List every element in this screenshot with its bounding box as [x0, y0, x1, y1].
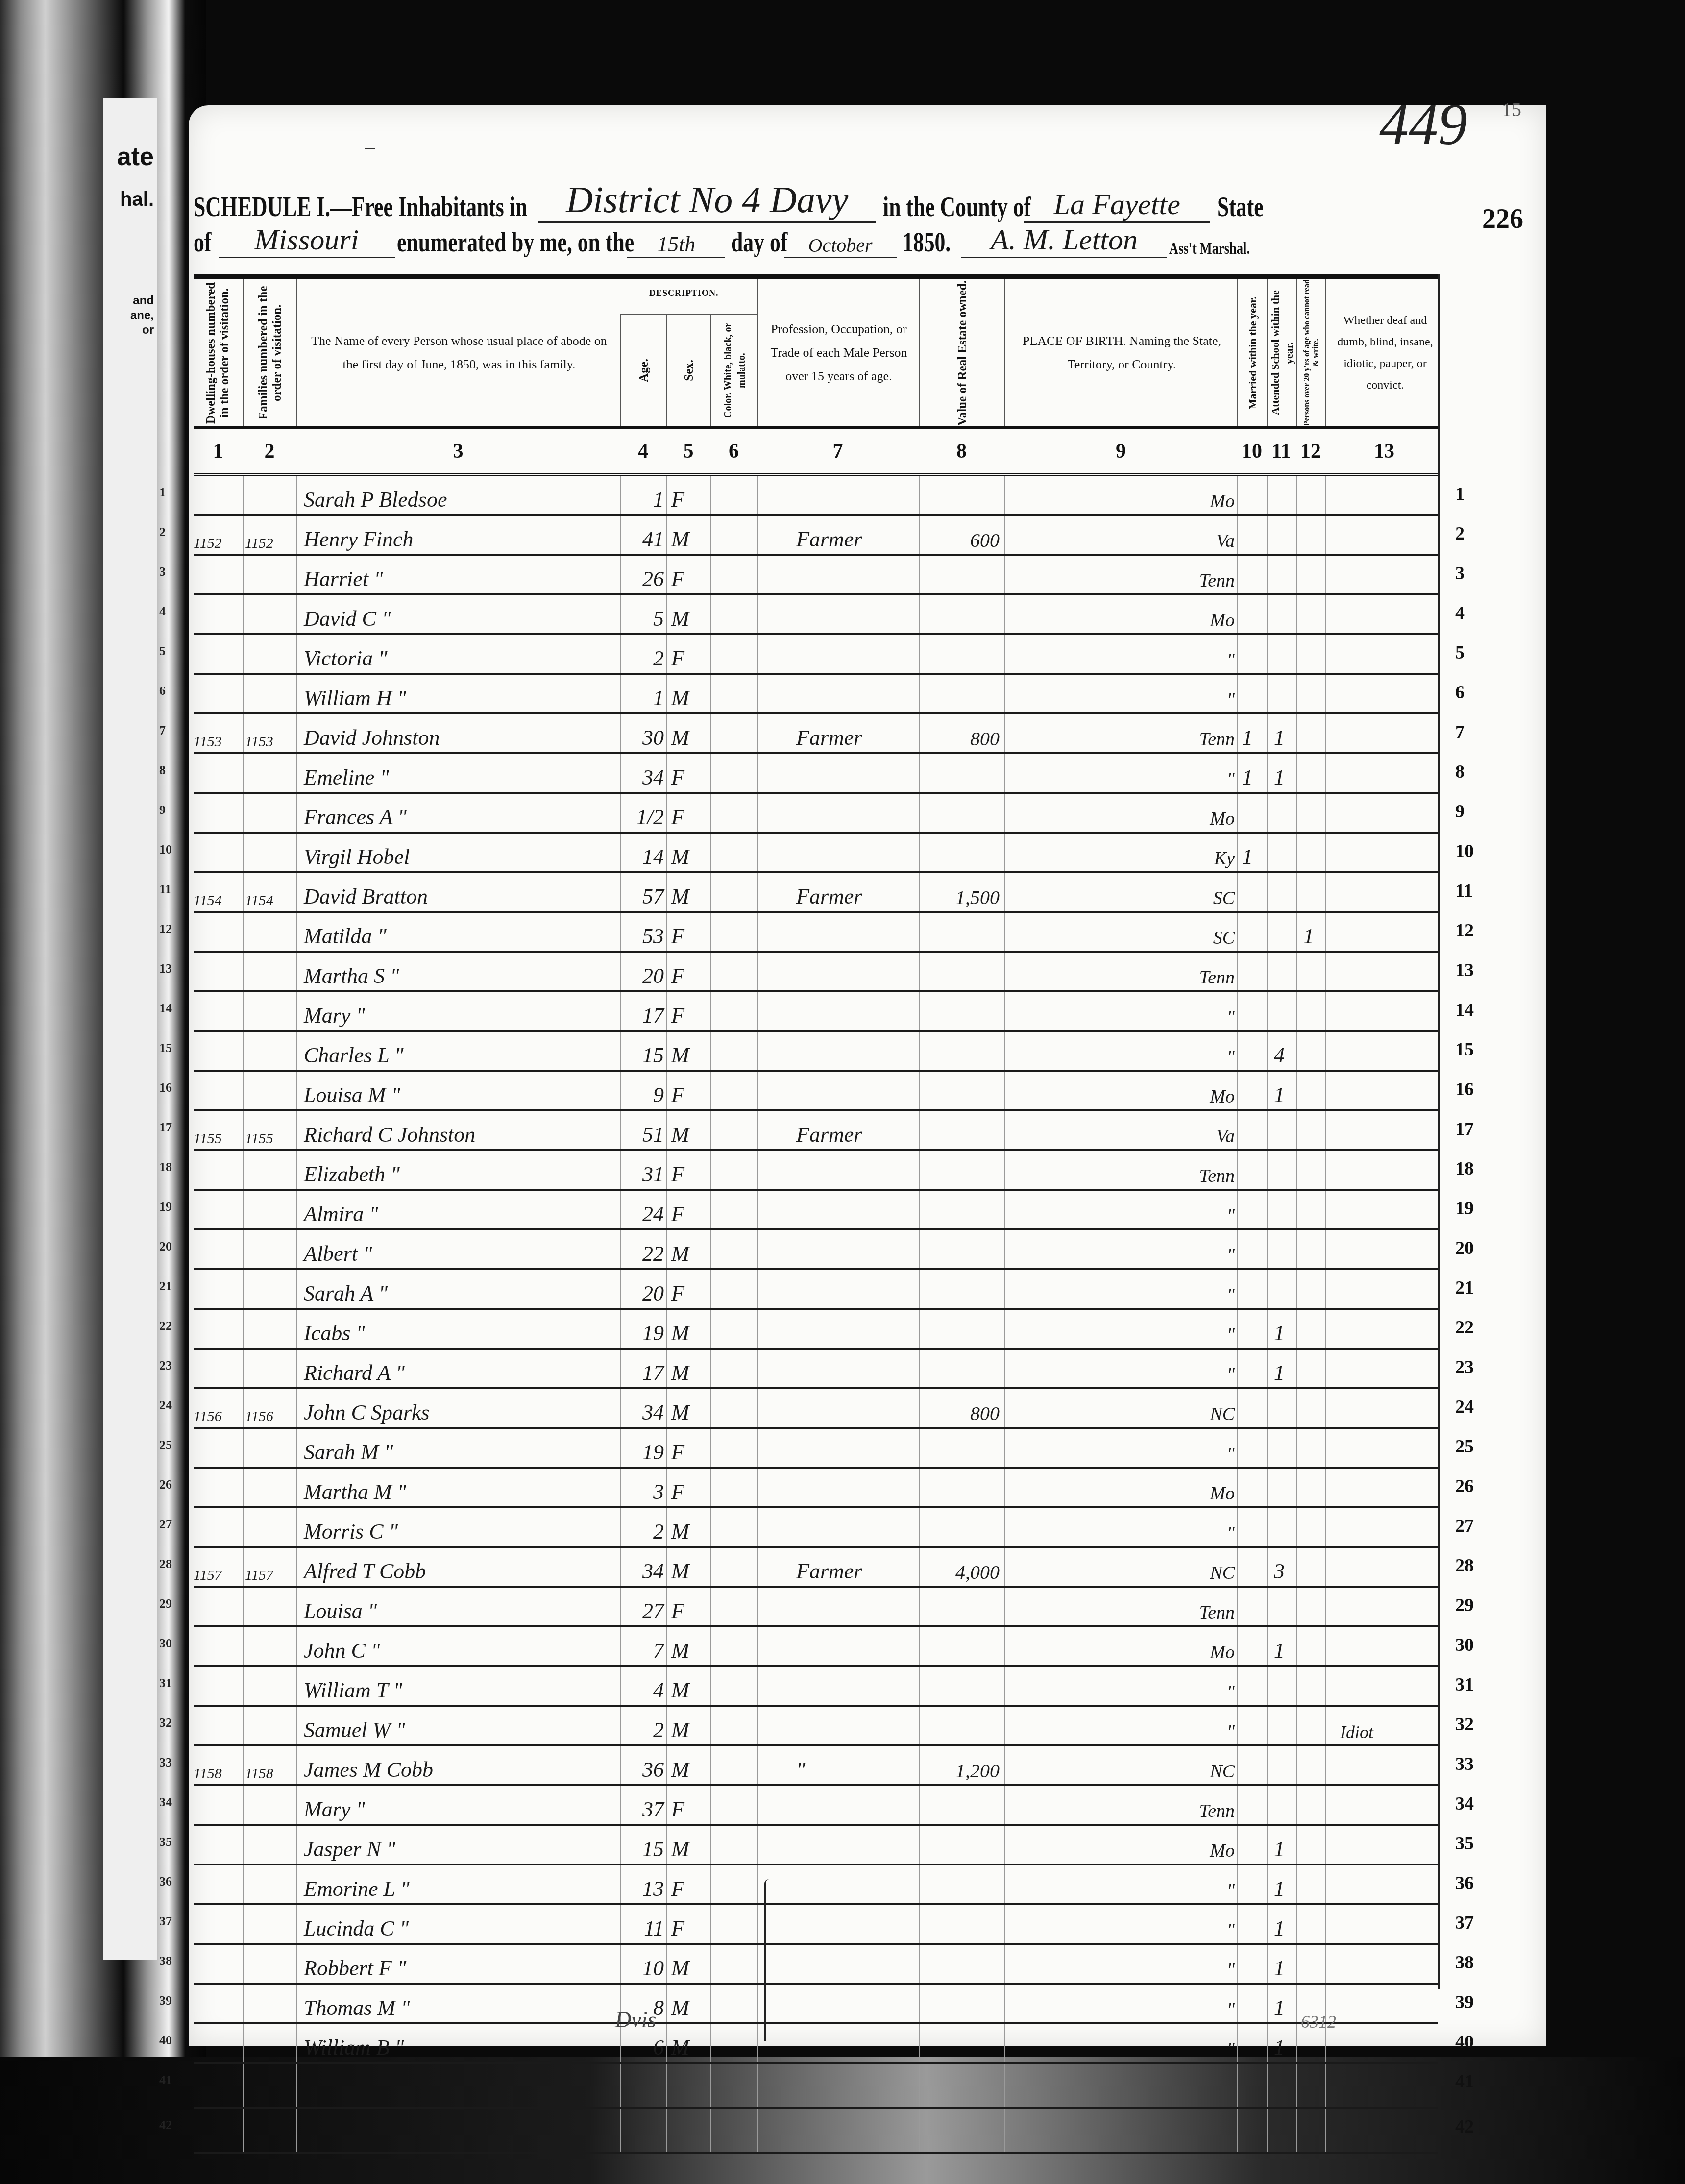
- married-within-year: 1: [1242, 844, 1253, 869]
- table-row: 9 Frances A " 1/2 F Mo 9: [194, 794, 1438, 834]
- birthplace: SC: [1151, 887, 1235, 909]
- table-row: 5 Victoria " 2 F " 5: [194, 635, 1438, 675]
- attended-school: 1: [1274, 1916, 1285, 1941]
- person-name: Harriet ": [304, 566, 383, 591]
- right-line-number: 42: [1455, 2116, 1474, 2137]
- right-line-number: 12: [1455, 920, 1474, 941]
- left-line-number: 37: [159, 1914, 172, 1929]
- right-line-number: 30: [1455, 1634, 1474, 1656]
- table-row: 30 John C " 7 M Mo 1 30: [194, 1627, 1438, 1667]
- person-name: William T ": [304, 1678, 402, 1703]
- real-estate-value: 1,200: [919, 1759, 1000, 1782]
- age: 1: [625, 487, 664, 512]
- right-line-number: 21: [1455, 1277, 1474, 1299]
- person-name: John C ": [304, 1638, 380, 1663]
- birthplace: NC: [1151, 1761, 1235, 1782]
- birthplace: ": [1151, 1046, 1235, 1068]
- header-col-13: Whether deaf and dumb, blind, insane, id…: [1325, 279, 1444, 426]
- sex: M: [671, 1400, 689, 1425]
- left-line-number: 19: [159, 1200, 172, 1214]
- left-line-number: 7: [159, 723, 166, 738]
- sex: M: [671, 1678, 689, 1703]
- sex: F: [671, 1598, 684, 1623]
- left-line-number: 4: [159, 604, 166, 619]
- left-line-number: 42: [159, 2118, 172, 2133]
- left-line-number: 21: [159, 1279, 172, 1294]
- table-row: 24 1156 1156 John C Sparks 34 M 800 NC 2…: [194, 1389, 1438, 1429]
- person-name: Elizabeth ": [304, 1162, 400, 1187]
- person-name: Louisa M ": [304, 1082, 400, 1107]
- person-name: John C Sparks: [304, 1400, 430, 1425]
- left-line-number: 5: [159, 644, 166, 659]
- age: 57: [625, 884, 664, 909]
- real-estate-value: 1,500: [919, 886, 1000, 909]
- census-table: Dwelling-houses numbered in the order of…: [194, 274, 1438, 2154]
- person-name: Mary ": [304, 1003, 365, 1028]
- right-line-number: 1: [1455, 483, 1465, 505]
- birthplace: ": [1151, 1522, 1235, 1544]
- dwelling-number: 1157: [194, 1567, 243, 1584]
- person-name: Jasper N ": [304, 1837, 395, 1862]
- sex: M: [671, 1956, 689, 1981]
- cannot-read-write: 1: [1303, 924, 1314, 949]
- header-col-1: Dwelling-houses numbered in the order of…: [194, 279, 243, 426]
- table-right-border: [1438, 274, 1440, 1989]
- table-row: 10 Virgil Hobel 14 M Ky 1 10: [194, 834, 1438, 873]
- age: 41: [625, 527, 664, 552]
- birthplace: Mo: [1151, 610, 1235, 631]
- table-row: 26 Martha M " 3 F Mo 26: [194, 1469, 1438, 1508]
- person-name: Martha M ": [304, 1479, 406, 1504]
- birthplace: Va: [1151, 1126, 1235, 1147]
- day-field: 15th: [627, 232, 725, 258]
- right-line-number: 33: [1455, 1753, 1474, 1775]
- table-row: 23 Richard A " 17 M " 1 23: [194, 1350, 1438, 1389]
- age: 51: [625, 1122, 664, 1147]
- person-name: Richard C Johnston: [304, 1122, 475, 1147]
- attended-school: 1: [1274, 1876, 1285, 1901]
- header-col-9: PLACE OF BIRTH. Naming the State, Territ…: [1004, 279, 1238, 426]
- table-row: 42 42: [194, 2109, 1438, 2154]
- table-row: 11 1154 1154 David Bratton 57 M Farmer 1…: [194, 873, 1438, 913]
- sex: M: [671, 1718, 689, 1742]
- age: 10: [625, 1956, 664, 1981]
- condition: Idiot: [1340, 1722, 1373, 1742]
- right-line-number: 31: [1455, 1674, 1474, 1695]
- age: 22: [625, 1241, 664, 1266]
- left-line-number: 23: [159, 1358, 172, 1373]
- person-name: Martha S ": [304, 963, 399, 988]
- sex: M: [671, 1638, 689, 1663]
- sex: M: [671, 1122, 689, 1147]
- real-estate-value: 800: [919, 727, 1000, 750]
- table-row: 20 Albert " 22 M " 20: [194, 1230, 1438, 1270]
- schedule-label: SCHEDULE I.—Free Inhabitants in: [194, 192, 527, 223]
- birthplace: NC: [1151, 1562, 1235, 1584]
- birthplace: Ky: [1151, 848, 1235, 869]
- birthplace: ": [1151, 1006, 1235, 1028]
- table-row: 28 1157 1157 Alfred T Cobb 34 M Farmer 4…: [194, 1548, 1438, 1588]
- table-row: 36 Emorine L " 13 F " 1 36: [194, 1865, 1438, 1905]
- table-row: 7 1153 1153 David Johnston 30 M Farmer 8…: [194, 714, 1438, 754]
- age: 53: [625, 924, 664, 949]
- attended-school: 1: [1274, 1360, 1285, 1385]
- district-field: District No 4 Davy: [538, 179, 876, 223]
- age: 1: [625, 686, 664, 711]
- married-within-year: 1: [1242, 725, 1253, 750]
- left-line-number: 27: [159, 1517, 172, 1532]
- right-line-number: 22: [1455, 1317, 1474, 1338]
- person-name: Icabs ": [304, 1321, 365, 1346]
- family-number: 1158: [245, 1766, 294, 1782]
- left-line-number: 11: [159, 882, 171, 897]
- right-line-number: 2: [1455, 523, 1465, 544]
- table-row: 12 Matilda " 53 F SC 1 12: [194, 913, 1438, 953]
- right-line-number: 28: [1455, 1555, 1474, 1576]
- right-line-number: 7: [1455, 721, 1465, 743]
- birthplace: ": [1151, 2038, 1235, 2060]
- birthplace: ": [1151, 1205, 1235, 1227]
- table-row: 34 Mary " 37 F Tenn 34: [194, 1786, 1438, 1826]
- right-line-number: 23: [1455, 1356, 1474, 1378]
- left-line-number: 8: [159, 763, 166, 778]
- person-name: Virgil Hobel: [304, 844, 410, 869]
- family-number: 1153: [245, 734, 294, 750]
- left-line-number: 29: [159, 1596, 172, 1611]
- person-name: David Bratton: [304, 884, 428, 909]
- table-row: 8 Emeline " 34 F " 1 1 8: [194, 754, 1438, 794]
- birthplace: ": [1151, 1443, 1235, 1465]
- birthplace: NC: [1151, 1403, 1235, 1425]
- month-field: October: [784, 234, 897, 258]
- person-name: Almira ": [304, 1202, 378, 1227]
- person-name: Samuel W ": [304, 1718, 405, 1742]
- age: 19: [625, 1321, 664, 1346]
- table-row: 25 Sarah M " 19 F " 25: [194, 1429, 1438, 1469]
- dwelling-number: 1156: [194, 1408, 243, 1425]
- age: 34: [625, 1400, 664, 1425]
- right-line-number: 3: [1455, 563, 1465, 584]
- attended-school: 1: [1274, 1082, 1285, 1107]
- person-name: Victoria ": [304, 646, 387, 671]
- right-line-number: 41: [1455, 2071, 1474, 2092]
- sex: M: [671, 1757, 689, 1782]
- age: 11: [625, 1916, 664, 1941]
- table-row: 40 William B " 6 M " 1 40: [194, 2024, 1438, 2064]
- sex: F: [671, 646, 684, 671]
- age: 4: [625, 1678, 664, 1703]
- person-name: Emeline ": [304, 765, 389, 790]
- real-estate-value: 4,000: [919, 1561, 1000, 1584]
- right-line-number: 19: [1455, 1198, 1474, 1219]
- left-line-number: 3: [159, 564, 166, 579]
- person-name: William H ": [304, 686, 406, 711]
- attended-school: 1: [1274, 1321, 1285, 1346]
- age: 2: [625, 1519, 664, 1544]
- attended-school: 4: [1274, 1043, 1285, 1068]
- age: 36: [625, 1757, 664, 1782]
- stamped-page-number-small: 15: [1502, 98, 1521, 121]
- age: 2: [625, 646, 664, 671]
- right-line-number: 18: [1455, 1158, 1474, 1179]
- person-name: Richard A ": [304, 1360, 405, 1385]
- sex: F: [671, 566, 684, 591]
- left-line-number: 31: [159, 1676, 172, 1691]
- age: 3: [625, 1479, 664, 1504]
- left-line-number: 34: [159, 1795, 172, 1810]
- dwelling-number: 1158: [194, 1766, 243, 1782]
- birthplace: ": [1151, 1245, 1235, 1266]
- dwelling-number: 1153: [194, 734, 243, 750]
- age: 14: [625, 844, 664, 869]
- right-line-number: 10: [1455, 840, 1474, 862]
- birthplace: Tenn: [1151, 729, 1235, 750]
- county-field: La Fayette: [1024, 188, 1210, 223]
- header-col-4: Age.: [620, 314, 667, 426]
- birthplace: ": [1151, 1284, 1235, 1306]
- table-row: 16 Louisa M " 9 F Mo 1 16: [194, 1072, 1438, 1111]
- table-row: 18 Elizabeth " 31 F Tenn 18: [194, 1151, 1438, 1191]
- occupation: ": [796, 1757, 805, 1782]
- person-name: Matilda ": [304, 924, 387, 949]
- family-number: 1152: [245, 535, 294, 552]
- right-line-number: 39: [1455, 1991, 1474, 2013]
- table-row: 32 Samuel W " 2 M " Idiot 32: [194, 1707, 1438, 1746]
- pencil-mark: –: [365, 135, 375, 158]
- birthplace: Tenn: [1151, 570, 1235, 591]
- sex: F: [671, 1797, 684, 1822]
- age: 9: [625, 1082, 664, 1107]
- birthplace: Mo: [1151, 491, 1235, 512]
- right-line-number: 38: [1455, 1952, 1474, 1973]
- day-of-label: day of: [731, 227, 787, 258]
- header-col-3: The Name of every Person whose usual pla…: [296, 279, 621, 426]
- table-row: 19 Almira " 24 F " 19: [194, 1191, 1438, 1230]
- left-line-number: 30: [159, 1636, 172, 1651]
- table-row: 41 41: [194, 2064, 1438, 2109]
- fragment-text: or: [142, 323, 154, 337]
- state-field: Missouri: [219, 223, 395, 258]
- left-line-number: 6: [159, 684, 166, 698]
- left-line-number: 12: [159, 922, 172, 936]
- right-line-number: 17: [1455, 1118, 1474, 1140]
- sex: M: [671, 1241, 689, 1266]
- left-line-number: 38: [159, 1954, 172, 1968]
- ink-bracket-mark: [764, 1879, 769, 2041]
- birthplace: Tenn: [1151, 1602, 1235, 1623]
- age: 13: [625, 1876, 664, 1901]
- age: 15: [625, 1043, 664, 1068]
- left-line-number: 1: [159, 485, 166, 500]
- marshal-label: Ass't Marshal.: [1169, 240, 1250, 258]
- of-label: of: [194, 227, 211, 258]
- attended-school: 3: [1274, 1559, 1285, 1584]
- table-row: 29 Louisa " 27 F Tenn 29: [194, 1588, 1438, 1627]
- left-line-number: 35: [159, 1835, 172, 1849]
- right-line-number: 13: [1455, 959, 1474, 981]
- birthplace: ": [1151, 1721, 1235, 1742]
- occupation: Farmer: [796, 1559, 862, 1584]
- right-line-number: 16: [1455, 1079, 1474, 1100]
- left-line-number: 33: [159, 1755, 172, 1770]
- person-name: William B ": [304, 2035, 404, 2060]
- right-line-number: 27: [1455, 1515, 1474, 1537]
- right-line-number: 4: [1455, 602, 1465, 624]
- header-col-10: Married within the year.: [1237, 279, 1268, 426]
- real-estate-value: 600: [919, 529, 1000, 552]
- family-number: 1157: [245, 1567, 294, 1584]
- attended-school: 1: [1274, 725, 1285, 750]
- attended-school: 1: [1274, 1837, 1285, 1862]
- attended-school: 1: [1274, 1995, 1285, 2020]
- person-name: Alfred T Cobb: [304, 1559, 426, 1584]
- person-name: Albert ": [304, 1241, 372, 1266]
- left-line-number: 25: [159, 1438, 172, 1452]
- footer-ink-mark: Dvis: [615, 2007, 656, 2033]
- right-line-number: 36: [1455, 1872, 1474, 1894]
- left-line-number: 10: [159, 842, 172, 857]
- occupation: Farmer: [796, 884, 862, 909]
- birthplace: ": [1151, 1364, 1235, 1385]
- sex: M: [671, 606, 689, 631]
- birthplace: SC: [1151, 927, 1235, 949]
- birthplace: ": [1151, 1324, 1235, 1346]
- header-col-7: Profession, Occupation, or Trade of each…: [757, 279, 920, 426]
- table-row: 22 Icabs " 19 M " 1 22: [194, 1310, 1438, 1350]
- birthplace: Mo: [1151, 1642, 1235, 1663]
- birthplace: Mo: [1151, 1483, 1235, 1504]
- age: 34: [625, 1559, 664, 1584]
- left-line-number: 36: [159, 1874, 172, 1889]
- birthplace: ": [1151, 689, 1235, 711]
- left-line-number: 24: [159, 1398, 172, 1413]
- county-label: in the County of: [883, 192, 1031, 223]
- birthplace: ": [1151, 1880, 1235, 1901]
- dwelling-number: 1155: [194, 1130, 243, 1147]
- sex: F: [671, 924, 684, 949]
- right-line-number: 24: [1455, 1396, 1474, 1418]
- age: 24: [625, 1202, 664, 1227]
- sex: F: [671, 1916, 684, 1941]
- person-name: Mary ": [304, 1797, 365, 1822]
- person-name: Sarah A ": [304, 1281, 388, 1306]
- right-line-number: 20: [1455, 1237, 1474, 1259]
- year-label: 1850.: [903, 227, 951, 258]
- adjacent-page-fragment: ate hal. and ane, or: [103, 98, 157, 1960]
- birthplace: ": [1151, 1999, 1235, 2020]
- attended-school: 1: [1274, 765, 1285, 790]
- age: 1/2: [625, 805, 664, 830]
- birthplace: Tenn: [1151, 967, 1235, 988]
- person-name: Frances A ": [304, 805, 407, 830]
- person-name: David C ": [304, 606, 391, 631]
- birthplace: ": [1151, 1919, 1235, 1941]
- sex: M: [671, 1321, 689, 1346]
- sex: M: [671, 884, 689, 909]
- person-name: Morris C ": [304, 1519, 398, 1544]
- footer-stamp: 6312: [1301, 2012, 1336, 2032]
- sex: M: [671, 1519, 689, 1544]
- sex: F: [671, 1082, 684, 1107]
- schedule-title-line-1: SCHEDULE I.—Free Inhabitants inDistrict …: [194, 179, 1536, 223]
- table-row: 15 Charles L " 15 M " 4 15: [194, 1032, 1438, 1072]
- table-row: 35 Jasper N " 15 M Mo 1 35: [194, 1826, 1438, 1865]
- sex: F: [671, 1479, 684, 1504]
- birthplace: Mo: [1151, 808, 1235, 830]
- left-line-number: 20: [159, 1239, 172, 1254]
- person-name: David Johnston: [304, 725, 440, 750]
- sex: M: [671, 1360, 689, 1385]
- sex: F: [671, 805, 684, 830]
- person-name: Sarah M ": [304, 1440, 393, 1465]
- fragment-text: ane,: [130, 309, 154, 322]
- attended-school: 1: [1274, 1956, 1285, 1981]
- age: 17: [625, 1360, 664, 1385]
- age: 5: [625, 606, 664, 631]
- person-name: Charles L ": [304, 1043, 404, 1068]
- person-name: Emorine L ": [304, 1876, 410, 1901]
- table-body: 1 Sarah P Bledsoe 1 F Mo 1 2: [194, 476, 1438, 2154]
- left-line-number: 39: [159, 1993, 172, 2008]
- left-line-number: 32: [159, 1716, 172, 1730]
- family-number: 1155: [245, 1130, 294, 1147]
- marshal-signature: A. M. Letton: [961, 223, 1167, 258]
- sex: F: [671, 1162, 684, 1187]
- right-line-number: 37: [1455, 1912, 1474, 1934]
- age: 15: [625, 1837, 664, 1862]
- right-line-number: 6: [1455, 682, 1465, 703]
- left-line-number: 28: [159, 1557, 172, 1571]
- table-row: 13 Martha S " 20 F Tenn 13: [194, 953, 1438, 992]
- table-row: 2 1152 1152 Henry Finch 41 M Farmer 600 …: [194, 516, 1438, 556]
- birthplace: ": [1151, 768, 1235, 790]
- sex: M: [671, 725, 689, 750]
- sex: M: [671, 686, 689, 711]
- fragment-text: and: [133, 294, 154, 308]
- stamped-page-number: 449: [1379, 91, 1467, 158]
- age: 27: [625, 1598, 664, 1623]
- occupation: Farmer: [796, 1122, 862, 1147]
- person-name: Robbert F ": [304, 1956, 406, 1981]
- sex: M: [671, 2035, 689, 2060]
- column-number-row: 1 2 3 4 5 6 7 8 9 10 11 12 13: [194, 429, 1438, 476]
- attended-school: 1: [1274, 1638, 1285, 1663]
- sex: F: [671, 1281, 684, 1306]
- person-name: Lucinda C ": [304, 1916, 409, 1941]
- left-line-number: 40: [159, 2033, 172, 2048]
- header-col-8: Value of Real Estate owned.: [919, 279, 1005, 426]
- sex: F: [671, 1440, 684, 1465]
- age: 30: [625, 725, 664, 750]
- birthplace: Mo: [1151, 1086, 1235, 1107]
- age: 26: [625, 566, 664, 591]
- person-name: James M Cobb: [304, 1757, 433, 1782]
- left-line-number: 16: [159, 1080, 172, 1095]
- birthplace: ": [1151, 1681, 1235, 1703]
- right-line-number: 32: [1455, 1714, 1474, 1735]
- table-row: 14 Mary " 17 F " 14: [194, 992, 1438, 1032]
- left-line-number: 14: [159, 1001, 172, 1016]
- family-number: 1156: [245, 1408, 294, 1425]
- right-line-number: 11: [1455, 880, 1473, 902]
- table-row: 27 Morris C " 2 M " 27: [194, 1508, 1438, 1548]
- right-line-number: 34: [1455, 1793, 1474, 1815]
- married-within-year: 1: [1242, 765, 1253, 790]
- sex: M: [671, 527, 689, 552]
- person-name: Sarah P Bledsoe: [304, 487, 447, 512]
- left-line-number: 26: [159, 1477, 172, 1492]
- age: 19: [625, 1440, 664, 1465]
